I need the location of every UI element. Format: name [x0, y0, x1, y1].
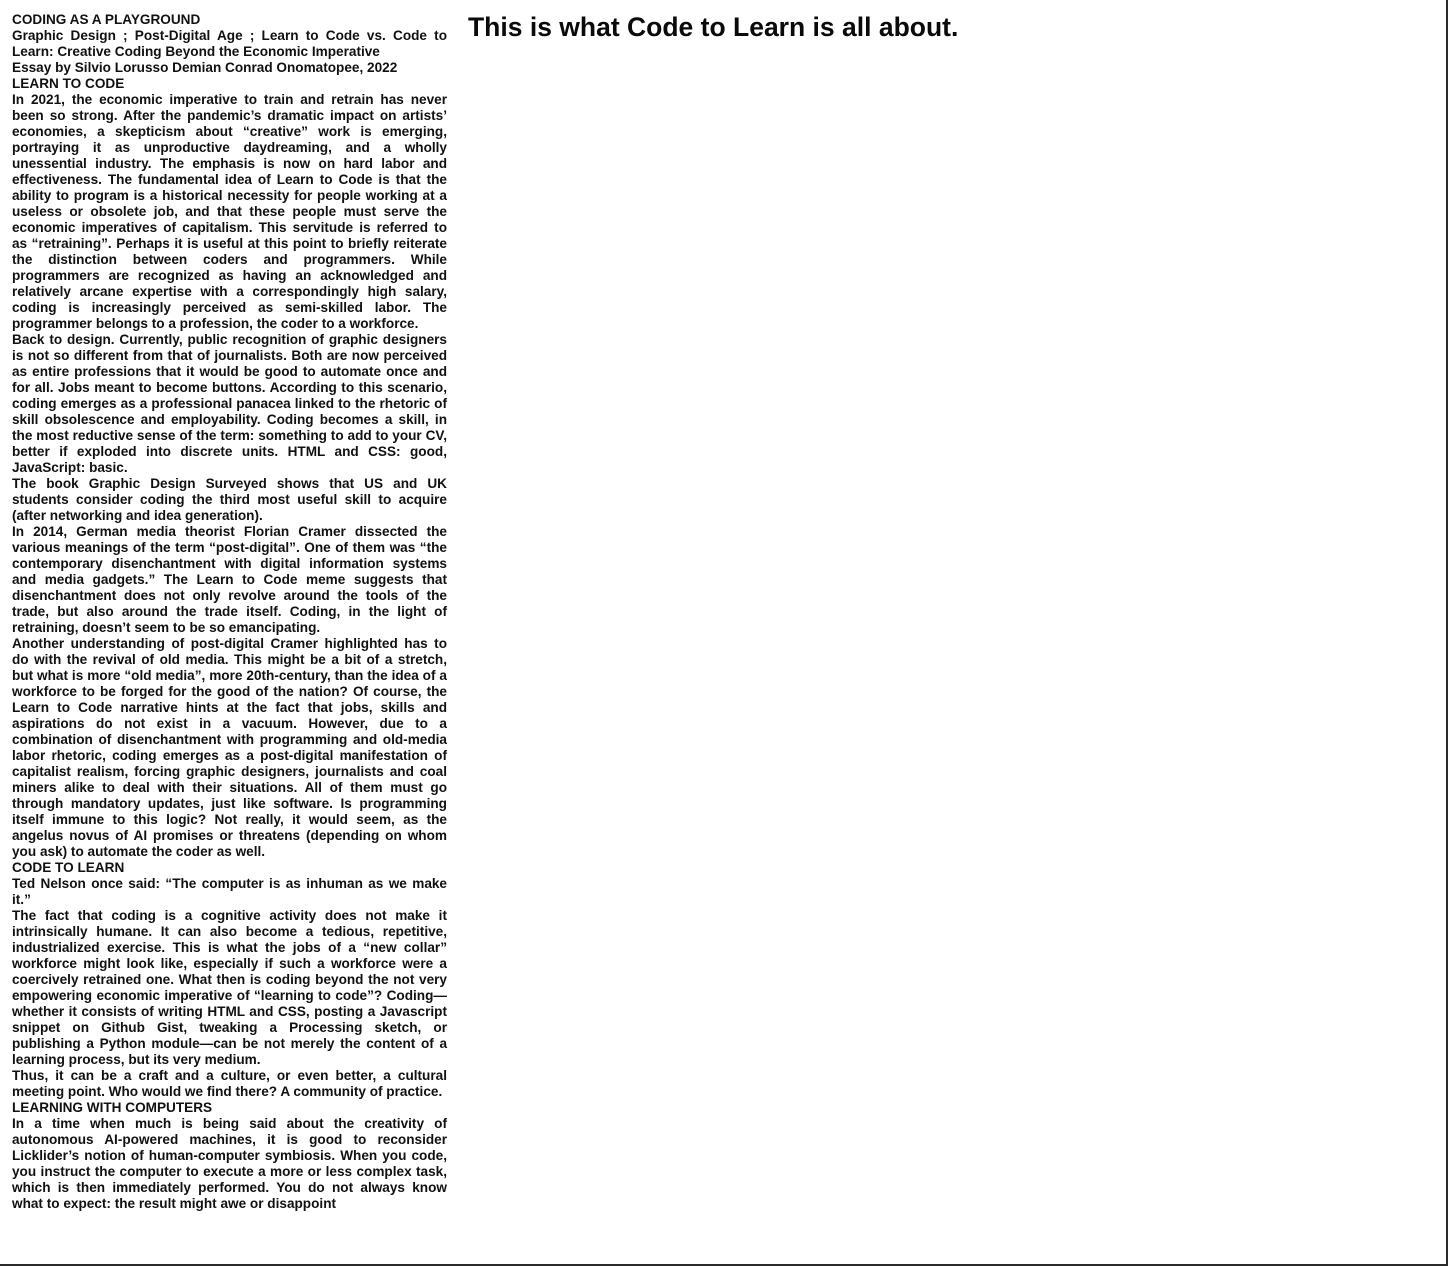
page-frame: CODING AS A PLAYGROUND Graphic Design ; …: [0, 0, 1448, 1266]
paragraph: Thus, it can be a craft and a culture, o…: [12, 1068, 447, 1100]
section-heading: LEARN TO CODE: [12, 76, 447, 92]
essay-column: CODING AS A PLAYGROUND Graphic Design ; …: [12, 12, 447, 1212]
paragraph: Another understanding of post-digital Cr…: [12, 636, 447, 860]
section-learn-to-code: LEARN TO CODE In 2021, the economic impe…: [12, 76, 447, 860]
paragraph: Ted Nelson once said: “The computer is a…: [12, 876, 447, 908]
headline: This is what Code to Learn is all about.: [468, 10, 958, 44]
paragraph: In 2014, German media theorist Florian C…: [12, 524, 447, 636]
essay-title: CODING AS A PLAYGROUND: [12, 12, 447, 28]
paragraph: The book Graphic Design Surveyed shows t…: [12, 476, 447, 524]
paragraph: Back to design. Currently, public recogn…: [12, 332, 447, 476]
essay-tags: Graphic Design ; Post-Digital Age ; Lear…: [12, 28, 447, 60]
section-learning-with-computers: LEARNING WITH COMPUTERS In a time when m…: [12, 1100, 447, 1212]
paragraph: In a time when much is being said about …: [12, 1116, 447, 1212]
paragraph: The fact that coding is a cognitive acti…: [12, 908, 447, 1068]
section-heading: CODE TO LEARN: [12, 860, 447, 876]
section-code-to-learn: CODE TO LEARN Ted Nelson once said: “The…: [12, 860, 447, 1100]
section-heading: LEARNING WITH COMPUTERS: [12, 1100, 447, 1116]
paragraph: In 2021, the economic imperative to trai…: [12, 92, 447, 332]
essay-byline: Essay by Silvio Lorusso Demian Conrad On…: [12, 60, 447, 76]
